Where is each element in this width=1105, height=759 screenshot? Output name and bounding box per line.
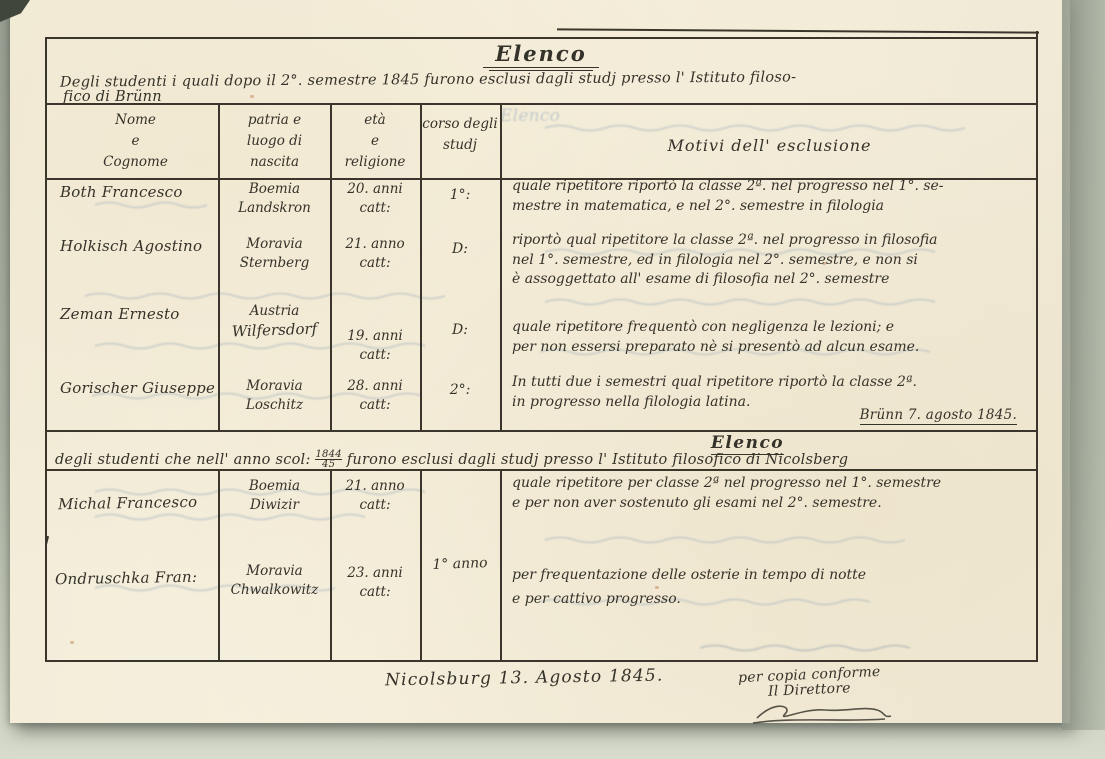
s1-row2-name: Holkisch Agostino bbox=[60, 237, 202, 255]
s1-row1-course: 1°: bbox=[422, 187, 498, 203]
s1-row4-origin: Moravia Loschitz bbox=[222, 377, 327, 415]
frame-top-line bbox=[45, 37, 1037, 39]
s1-row3-age: 19. anni catt: bbox=[333, 327, 417, 365]
column-header-reasons: Motivi dell' esclusione bbox=[512, 136, 1027, 155]
backdrop-right-edge bbox=[1062, 0, 1105, 730]
s1-row1-reason: quale ripetitore riportò la classe 2ª. n… bbox=[512, 177, 944, 216]
rule-above-section2 bbox=[45, 430, 1037, 432]
s1-place-date-note: Brünn 7. agosto 1845. bbox=[512, 406, 1017, 425]
column-header-age-religion: età e religione bbox=[333, 110, 417, 173]
section1-subtitle-line2: fico di Brünn bbox=[63, 89, 162, 105]
s1-row1-age: 20. anni catt: bbox=[333, 180, 417, 218]
column-line-2-upper bbox=[330, 103, 332, 430]
s1-row2-course: D: bbox=[422, 241, 498, 257]
s2-row1-name: Michal Francesco bbox=[58, 493, 198, 513]
column-line-1-lower bbox=[218, 469, 220, 660]
s1-row4-age: 28. anni catt: bbox=[333, 377, 417, 415]
s2-row1-reason: quale ripetitore per classe 2ª nel progr… bbox=[512, 474, 941, 513]
column-header-origin: patria e luogo di nascita bbox=[222, 110, 327, 173]
s1-row3-reason: quale ripetitore frequentò con negligenz… bbox=[512, 318, 919, 357]
s1-row1-origin: Boemia Landskron bbox=[222, 180, 327, 218]
s1-row3-origin: Austria Wilfersdorf bbox=[222, 302, 327, 340]
s1-row3-name: Zeman Ernesto bbox=[60, 305, 180, 323]
s2-row1-age: 21. anno catt: bbox=[333, 477, 417, 515]
frame-bottom-line bbox=[45, 660, 1038, 662]
scanned-document: Elenco Elenco Degli studenti i quali dop… bbox=[0, 0, 1105, 759]
s2-row2-reason: per frequentazione delle osterie in temp… bbox=[512, 566, 866, 609]
column-line-1-upper bbox=[218, 103, 220, 430]
bleedthrough-title-fragment: Elenco bbox=[500, 106, 560, 126]
rule-below-section2-subtitle bbox=[45, 469, 1037, 471]
s2-row2-origin: Moravia Chwalkowitz bbox=[222, 562, 327, 600]
s1-row4-course: 2°: bbox=[422, 382, 498, 398]
frame-left-line bbox=[45, 37, 47, 662]
school-year-fraction: 184445 bbox=[315, 450, 341, 469]
rule-below-subtitle bbox=[45, 103, 1037, 105]
s1-row1-name: Both Francesco bbox=[60, 183, 183, 201]
column-line-2-lower bbox=[330, 469, 332, 660]
s2-row2-name: Ondruschka Fran: bbox=[55, 568, 197, 588]
column-header-name: Nome e Cognome bbox=[58, 110, 213, 173]
column-header-course: corso degli studj bbox=[422, 114, 498, 156]
section2-subtitle: degli studenti che nell' anno scol: 1844… bbox=[55, 450, 848, 469]
paper-stain bbox=[250, 95, 254, 98]
s1-row4-name: Gorischer Giuseppe bbox=[60, 379, 215, 397]
s2-row1-origin: Boemia Diwizir bbox=[222, 477, 327, 515]
s2-row2-course: 1° anno bbox=[415, 554, 506, 573]
paper-stain bbox=[70, 641, 74, 644]
section1-heading: Elenco bbox=[45, 41, 1037, 66]
section1-title: Elenco bbox=[483, 41, 598, 68]
s1-row2-age: 21. anno catt: bbox=[333, 235, 417, 273]
column-line-4-upper bbox=[500, 103, 502, 430]
s1-row2-origin: Moravia Sternberg bbox=[222, 235, 327, 273]
s1-row2-reason: riportò qual ripetitore la classe 2ª. ne… bbox=[512, 231, 938, 290]
s2-row2-age: 23. anni catt: bbox=[333, 564, 417, 602]
s1-row3-course: D: bbox=[422, 322, 498, 338]
frame-right-line bbox=[1036, 31, 1038, 662]
